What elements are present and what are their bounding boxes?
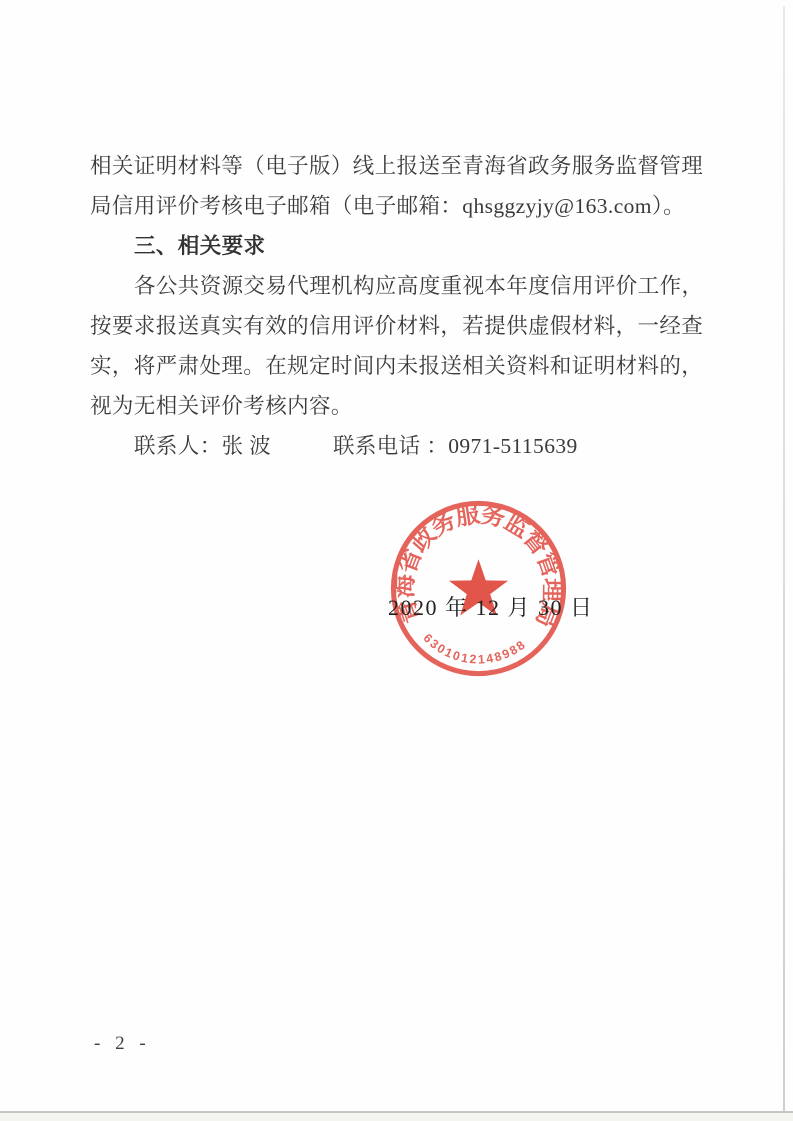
- paragraph-body-line-4: 视为无相关评价考核内容。: [90, 386, 710, 426]
- contact-phone: 联系电话 ：0971-5115639: [333, 434, 578, 458]
- official-seal-stamp: 青海省政务服务监督管理局 6301012148988: [387, 497, 570, 680]
- paragraph-body-line-2: 按要求报送真实有效的信用评价材料，若提供虚假材料，一经查: [90, 306, 710, 346]
- scan-edge-bottom-strip: [0, 1113, 793, 1121]
- document-date: 2020 年 12 月 30 日: [388, 591, 594, 622]
- paragraph-body-line-1: 各公共资源交易代理机构应高度重视本年度信用评价工作，: [90, 266, 710, 306]
- document-body: 相关证明材料等（电子版）线上报送至青海省政务服务监督管理 局信用评价考核电子邮箱…: [90, 146, 710, 466]
- paragraph-intro-line-1: 相关证明材料等（电子版）线上报送至青海省政务服务监督管理: [90, 146, 710, 186]
- paragraph-body-line-3: 实，将严肃处理。在规定时间内未报送相关资料和证明材料的，: [90, 346, 710, 386]
- scan-edge-right: [783, 6, 785, 1117]
- page-number: - 2 -: [94, 1033, 151, 1055]
- contact-line: 联系人：张 波 联系电话 ：0971-5115639: [90, 426, 710, 466]
- section-heading: 三、相关要求: [90, 226, 710, 266]
- document-page: 相关证明材料等（电子版）线上报送至青海省政务服务监督管理 局信用评价考核电子邮箱…: [0, 0, 793, 1121]
- contact-person: 联系人：张 波: [134, 434, 271, 458]
- paragraph-intro-line-2: 局信用评价考核电子邮箱（电子邮箱：qhsggzyjy@163.com）。: [90, 186, 710, 226]
